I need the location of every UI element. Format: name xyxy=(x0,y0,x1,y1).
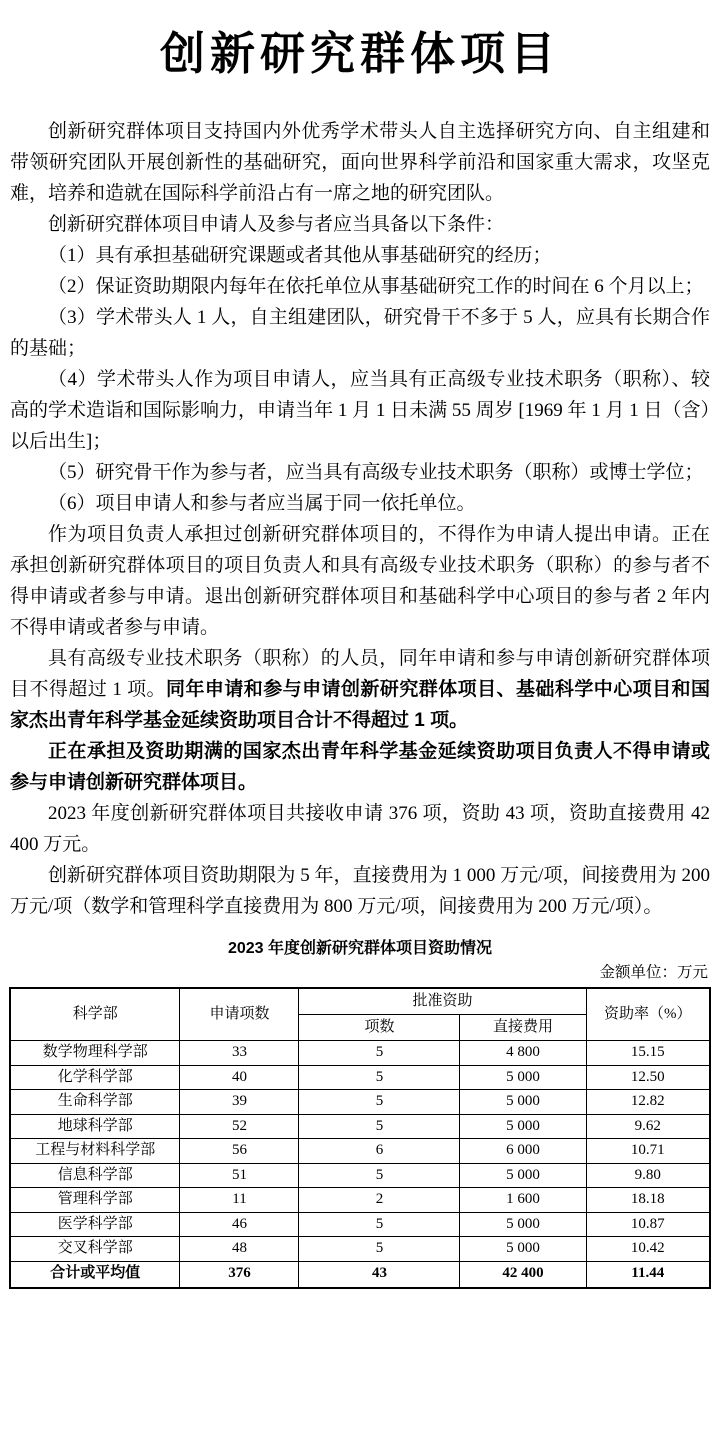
header-approved-group: 批准资助 xyxy=(299,988,586,1015)
document-title: 创新研究群体项目 xyxy=(0,26,720,82)
table-row: 工程与材料科学部5666 00010.71 xyxy=(10,1139,710,1164)
body-text-run: （5）研究骨干作为参与者，应当具有高级专业技术职务（职称）或博士学位； xyxy=(48,462,704,483)
cell-applications: 33 xyxy=(180,1041,299,1066)
funding-table-header: 科学部 申请项数 批准资助 资助率（%） 项数 直接费用 xyxy=(10,988,710,1041)
table-caption: 2023 年度创新研究群体项目资助情况 xyxy=(10,938,710,960)
body-text-run: 2023 年度创新研究群体项目共接收申请 376 项，资助 43 项，资助直接费… xyxy=(10,803,710,855)
cell-applications: 46 xyxy=(180,1212,299,1237)
cell-department: 数学物理科学部 xyxy=(10,1041,180,1066)
cell-funding-rate: 10.42 xyxy=(586,1237,710,1262)
cell-applications: 376 xyxy=(180,1261,299,1288)
cell-funding-rate: 18.18 xyxy=(586,1188,710,1213)
paragraph-2: 创新研究群体项目申请人及参与者应当具备以下条件： xyxy=(10,209,710,240)
cell-applications: 11 xyxy=(180,1188,299,1213)
funding-table-body: 数学物理科学部3354 80015.15化学科学部4055 00012.50生命… xyxy=(10,1041,710,1288)
cell-funding-rate: 15.15 xyxy=(586,1041,710,1066)
body-text-run: （2）保证资助期限内每年在依托单位从事基础研究工作的时间在 6 个月以上； xyxy=(48,276,704,297)
cell-department: 合计或平均值 xyxy=(10,1261,180,1288)
cell-approved-count: 6 xyxy=(299,1139,460,1164)
body-text-run: （3）学术带头人 1 人，自主组建团队，研究骨干不多于 5 人，应具有长期合作的… xyxy=(10,307,710,359)
table-row: 生命科学部3955 00012.82 xyxy=(10,1090,710,1115)
cell-approved-count: 43 xyxy=(299,1261,460,1288)
total-row: 合计或平均值3764342 40011.44 xyxy=(10,1261,710,1288)
table-row: 管理科学部1121 60018.18 xyxy=(10,1188,710,1213)
cell-funding-rate: 10.71 xyxy=(586,1139,710,1164)
cell-approved-count: 5 xyxy=(299,1090,460,1115)
cell-direct-fee: 5 000 xyxy=(460,1212,586,1237)
body-text-run: 作为项目负责人承担过创新研究群体项目的，不得作为申请人提出申请。正在承担创新研究… xyxy=(10,524,710,638)
paragraph-6: （4）学术带头人作为项目申请人，应当具有正高级专业技术职务（职称）、较高的学术造… xyxy=(10,364,710,457)
table-row: 地球科学部5255 0009.62 xyxy=(10,1114,710,1139)
cell-applications: 52 xyxy=(180,1114,299,1139)
cell-direct-fee: 5 000 xyxy=(460,1163,586,1188)
paragraph-13: 创新研究群体项目资助期限为 5 年，直接费用为 1 000 万元/项，间接费用为… xyxy=(10,860,710,922)
body-text-run: （1）具有承担基础研究课题或者其他从事基础研究的经历； xyxy=(48,245,552,266)
document-page: 创新研究群体项目 创新研究群体项目支持国内外优秀学术带头人自主选择研究方向、自主… xyxy=(0,0,720,1440)
cell-approved-count: 5 xyxy=(299,1041,460,1066)
cell-approved-count: 5 xyxy=(299,1163,460,1188)
cell-approved-count: 5 xyxy=(299,1114,460,1139)
paragraph-8: （6）项目申请人和参与者应当属于同一依托单位。 xyxy=(10,488,710,519)
table-row: 数学物理科学部3354 80015.15 xyxy=(10,1041,710,1066)
cell-department: 地球科学部 xyxy=(10,1114,180,1139)
header-approved-count: 项数 xyxy=(299,1015,460,1041)
cell-direct-fee: 6 000 xyxy=(460,1139,586,1164)
cell-department: 化学科学部 xyxy=(10,1065,180,1090)
paragraph-10: 具有高级专业技术职务（职称）的人员，同年申请和参与申请创新研究群体项目不得超过 … xyxy=(10,643,710,736)
cell-approved-count: 5 xyxy=(299,1237,460,1262)
cell-department: 管理科学部 xyxy=(10,1188,180,1213)
body-text-run: （4）学术带头人作为项目申请人，应当具有正高级专业技术职务（职称）、较高的学术造… xyxy=(10,369,710,452)
cell-funding-rate: 9.62 xyxy=(586,1114,710,1139)
body-text-run: 创新研究群体项目申请人及参与者应当具备以下条件： xyxy=(48,214,504,235)
table-row: 交叉科学部4855 00010.42 xyxy=(10,1237,710,1262)
cell-department: 工程与材料科学部 xyxy=(10,1139,180,1164)
paragraph-9: 作为项目负责人承担过创新研究群体项目的，不得作为申请人提出申请。正在承担创新研究… xyxy=(10,519,710,643)
body-text-run: 创新研究群体项目资助期限为 5 年，直接费用为 1 000 万元/项，间接费用为… xyxy=(10,865,710,917)
cell-approved-count: 5 xyxy=(299,1212,460,1237)
table-row: 信息科学部5155 0009.80 xyxy=(10,1163,710,1188)
paragraph-12: 2023 年度创新研究群体项目共接收申请 376 项，资助 43 项，资助直接费… xyxy=(10,798,710,860)
paragraph-3: （1）具有承担基础研究课题或者其他从事基础研究的经历； xyxy=(10,240,710,271)
cell-applications: 48 xyxy=(180,1237,299,1262)
cell-funding-rate: 10.87 xyxy=(586,1212,710,1237)
cell-department: 医学科学部 xyxy=(10,1212,180,1237)
cell-department: 生命科学部 xyxy=(10,1090,180,1115)
paragraph-5: （3）学术带头人 1 人，自主组建团队，研究骨干不多于 5 人，应具有长期合作的… xyxy=(10,302,710,364)
paragraph-1: 创新研究群体项目支持国内外优秀学术带头人自主选择研究方向、自主组建和带领研究团队… xyxy=(10,116,710,209)
paragraph-4: （2）保证资助期限内每年在依托单位从事基础研究工作的时间在 6 个月以上； xyxy=(10,271,710,302)
cell-funding-rate: 11.44 xyxy=(586,1261,710,1288)
cell-department: 信息科学部 xyxy=(10,1163,180,1188)
header-applications: 申请项数 xyxy=(180,988,299,1041)
paragraph-7: （5）研究骨干作为参与者，应当具有高级专业技术职务（职称）或博士学位； xyxy=(10,457,710,488)
body-text-run: （6）项目申请人和参与者应当属于同一依托单位。 xyxy=(48,493,476,514)
cell-funding-rate: 12.82 xyxy=(586,1090,710,1115)
cell-direct-fee: 42 400 xyxy=(460,1261,586,1288)
cell-approved-count: 2 xyxy=(299,1188,460,1213)
cell-direct-fee: 1 600 xyxy=(460,1188,586,1213)
paragraph-11: 正在承担及资助期满的国家杰出青年科学基金延续资助项目负责人不得申请或参与申请创新… xyxy=(10,736,710,798)
header-funding-rate: 资助率（%） xyxy=(586,988,710,1041)
header-department: 科学部 xyxy=(10,988,180,1041)
cell-applications: 39 xyxy=(180,1090,299,1115)
cell-direct-fee: 5 000 xyxy=(460,1237,586,1262)
header-direct-fee: 直接费用 xyxy=(460,1015,586,1041)
cell-approved-count: 5 xyxy=(299,1065,460,1090)
funding-table: 科学部 申请项数 批准资助 资助率（%） 项数 直接费用 数学物理科学部3354… xyxy=(9,987,711,1289)
cell-direct-fee: 5 000 xyxy=(460,1090,586,1115)
cell-applications: 56 xyxy=(180,1139,299,1164)
cell-department: 交叉科学部 xyxy=(10,1237,180,1262)
document-body: 创新研究群体项目支持国内外优秀学术带头人自主选择研究方向、自主组建和带领研究团队… xyxy=(10,116,710,922)
cell-direct-fee: 5 000 xyxy=(460,1065,586,1090)
cell-direct-fee: 5 000 xyxy=(460,1114,586,1139)
cell-direct-fee: 4 800 xyxy=(460,1041,586,1066)
table-row: 医学科学部4655 00010.87 xyxy=(10,1212,710,1237)
body-text-run: 创新研究群体项目支持国内外优秀学术带头人自主选择研究方向、自主组建和带领研究团队… xyxy=(10,121,710,204)
cell-funding-rate: 9.80 xyxy=(586,1163,710,1188)
emphasis-text: 正在承担及资助期满的国家杰出青年科学基金延续资助项目负责人不得申请或参与申请创新… xyxy=(10,741,710,793)
cell-funding-rate: 12.50 xyxy=(586,1065,710,1090)
table-row: 化学科学部4055 00012.50 xyxy=(10,1065,710,1090)
cell-applications: 40 xyxy=(180,1065,299,1090)
cell-applications: 51 xyxy=(180,1163,299,1188)
table-unit-note: 金额单位：万元 xyxy=(10,962,708,983)
